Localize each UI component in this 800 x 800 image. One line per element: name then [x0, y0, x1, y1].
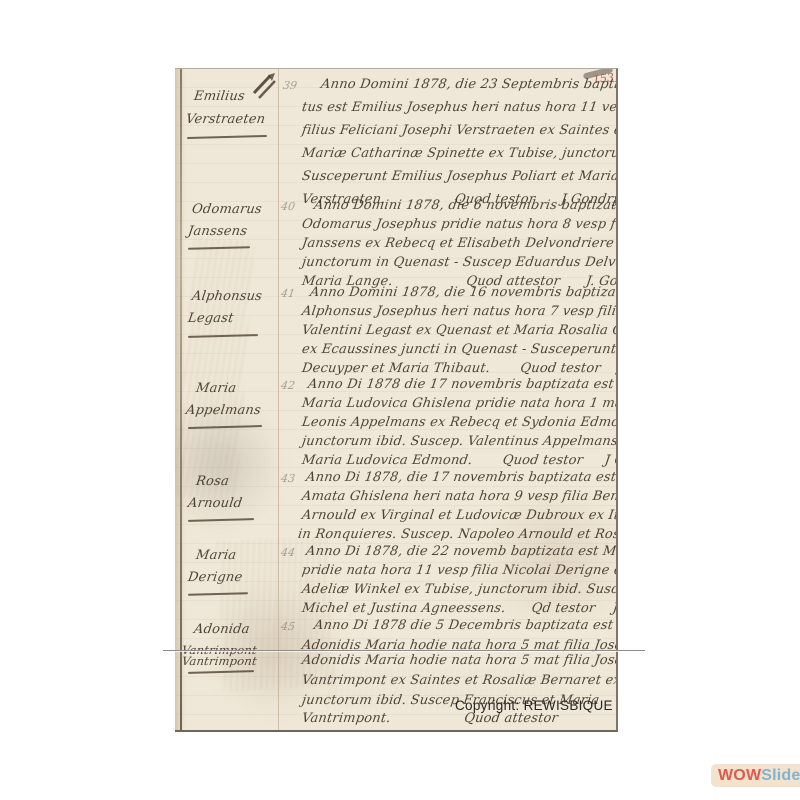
- entry-number: 39: [282, 79, 298, 92]
- margin-name-underline: [188, 425, 262, 429]
- register-entry-line: Valentini Legast ex Quenast et Maria Ros…: [301, 323, 618, 338]
- margin-name-underline: [187, 135, 267, 139]
- margin-name: Rosa: [195, 474, 230, 489]
- register-entry-line: Anno Domini 1878, die 16 novembris bapti…: [309, 285, 618, 300]
- register-entry-line: tus est Emilius Josephus heri natus hora…: [301, 100, 618, 115]
- register-entry-line: Susceperunt Emilius Josephus Poliart et …: [301, 169, 618, 184]
- register-entry-line: Amata Ghislena heri nata hora 9 vesp fil…: [301, 489, 618, 504]
- margin-name: Emilius: [193, 89, 246, 104]
- margin-name: Alphonsus: [191, 289, 263, 304]
- wowslider-watermark[interactable]: WOWSlider: [711, 764, 800, 787]
- register-entry-line: junctorum ibid. Suscep. Valentinus Appel…: [301, 434, 618, 449]
- margin-name: Verstraeten: [185, 112, 266, 127]
- register-scan-page: 153 Emilius Verstraeten 39 Anno Domini 1…: [175, 68, 618, 732]
- entry-number: 45: [280, 620, 296, 633]
- register-entry-line: Vantrimpont ex Saintes et Rosaliæ Bernar…: [301, 673, 618, 688]
- margin-name-underline: [188, 334, 258, 338]
- margin-name-underline: [188, 518, 254, 522]
- margin-name-underline: [188, 246, 250, 250]
- margin-name: Appelmans: [185, 403, 262, 418]
- entry-number: 43: [280, 472, 296, 485]
- ink-flourish: [251, 71, 279, 103]
- register-entry-line: Michel et Justina Agneessens. Qd testor …: [301, 601, 618, 616]
- register-entry-line: Arnould ex Virginal et Ludovicæ Dubroux …: [301, 508, 618, 523]
- register-entry-line: Janssens ex Rebecq et Elisabeth Delvondr…: [301, 236, 618, 251]
- register-entry-line: Anno Di 1878, die 22 novemb baptizata es…: [305, 544, 618, 559]
- margin-name: Legast: [187, 311, 235, 326]
- margin-name: Maria: [195, 381, 237, 396]
- register-entry-line: Adeliæ Winkel ex Tubise, junctorum ibid.…: [301, 582, 618, 597]
- margin-name: Adonida: [193, 622, 251, 637]
- margin-name: Odomarus: [191, 202, 263, 217]
- margin-name-underline: [188, 670, 254, 674]
- margin-rule-line: [278, 69, 279, 730]
- margin-name: Arnould: [187, 496, 243, 511]
- register-entry-line: Anno Di 1878 die 5 Decembris baptizata e…: [313, 618, 614, 633]
- register-entry-line: Anno Domini 1878, die 6 novembris baptiz…: [313, 198, 618, 213]
- register-entry-line: in Ronquieres. Suscep. Napoleo Arnould e…: [297, 527, 618, 542]
- register-entry-line: Anno Di 1878 die 17 novembris baptizata …: [307, 377, 615, 392]
- entry-number: 41: [280, 287, 296, 300]
- register-entry-line: Maria Ludovica Ghislena pridie nata hora…: [301, 396, 618, 411]
- register-entry-line: Alphonsus Josephus heri natus hora 7 ves…: [301, 304, 618, 319]
- gallery-page: { "viewer": { "copyright_text": "Copyrig…: [0, 0, 800, 800]
- wowslider-slider-label: Slider: [761, 767, 800, 785]
- register-entry-line: ex Ecaussines juncti in Quenast - Suscep…: [301, 342, 618, 357]
- margin-name: Janssens: [187, 224, 248, 239]
- register-entry-line: Leonis Appelmans ex Rebecq et Sydonia Ed…: [301, 415, 618, 430]
- margin-name: Maria: [195, 548, 237, 563]
- wowslider-wow-label: WOW: [718, 767, 761, 785]
- margin-name-underline: [188, 592, 248, 596]
- register-entry-line: Decuyper et Maria Thibaut. Quod testor J…: [301, 361, 618, 376]
- binding-edge-line: [180, 69, 182, 730]
- register-entry-line: Maria Ludovica Edmond. Quod testor J Gon…: [301, 453, 618, 468]
- scan-seam-artifact: [163, 650, 645, 651]
- margin-name: Derigne: [187, 570, 243, 585]
- entry-number: 42: [280, 379, 296, 392]
- entry-number: 44: [280, 546, 296, 559]
- bleed-through-ghost-text: [176, 237, 254, 501]
- register-entry-line: Odomarus Josephus pridie natus hora 8 ve…: [301, 217, 618, 232]
- register-entry-line: Vantrimpont. Quod attestor: [301, 711, 559, 726]
- copyright-watermark: Copyright: REWISBIQUE: [455, 698, 613, 713]
- register-entry-line: pridie nata hora 11 vesp filia Nicolai D…: [301, 563, 618, 578]
- margin-name-duplicate: Vantrimpont: [181, 654, 258, 669]
- register-entry-line: junctorum in Quenast - Suscep Eduardus D…: [301, 255, 618, 270]
- register-entry-line: Anno Di 1878, die 17 novembris baptizata…: [305, 470, 618, 485]
- register-entry-line: Anno Domini 1878, die 23 Septembris bapt…: [320, 77, 618, 92]
- entry-number: 40: [280, 200, 296, 213]
- register-entry-line: filius Feliciani Josephi Verstraeten ex …: [301, 123, 618, 138]
- register-entry-line: Mariæ Catharinæ Spinette ex Tubise, junc…: [301, 146, 618, 161]
- register-entry-line-duplicate: Adonidis Maria hodie nata hora 5 mat fil…: [301, 653, 618, 668]
